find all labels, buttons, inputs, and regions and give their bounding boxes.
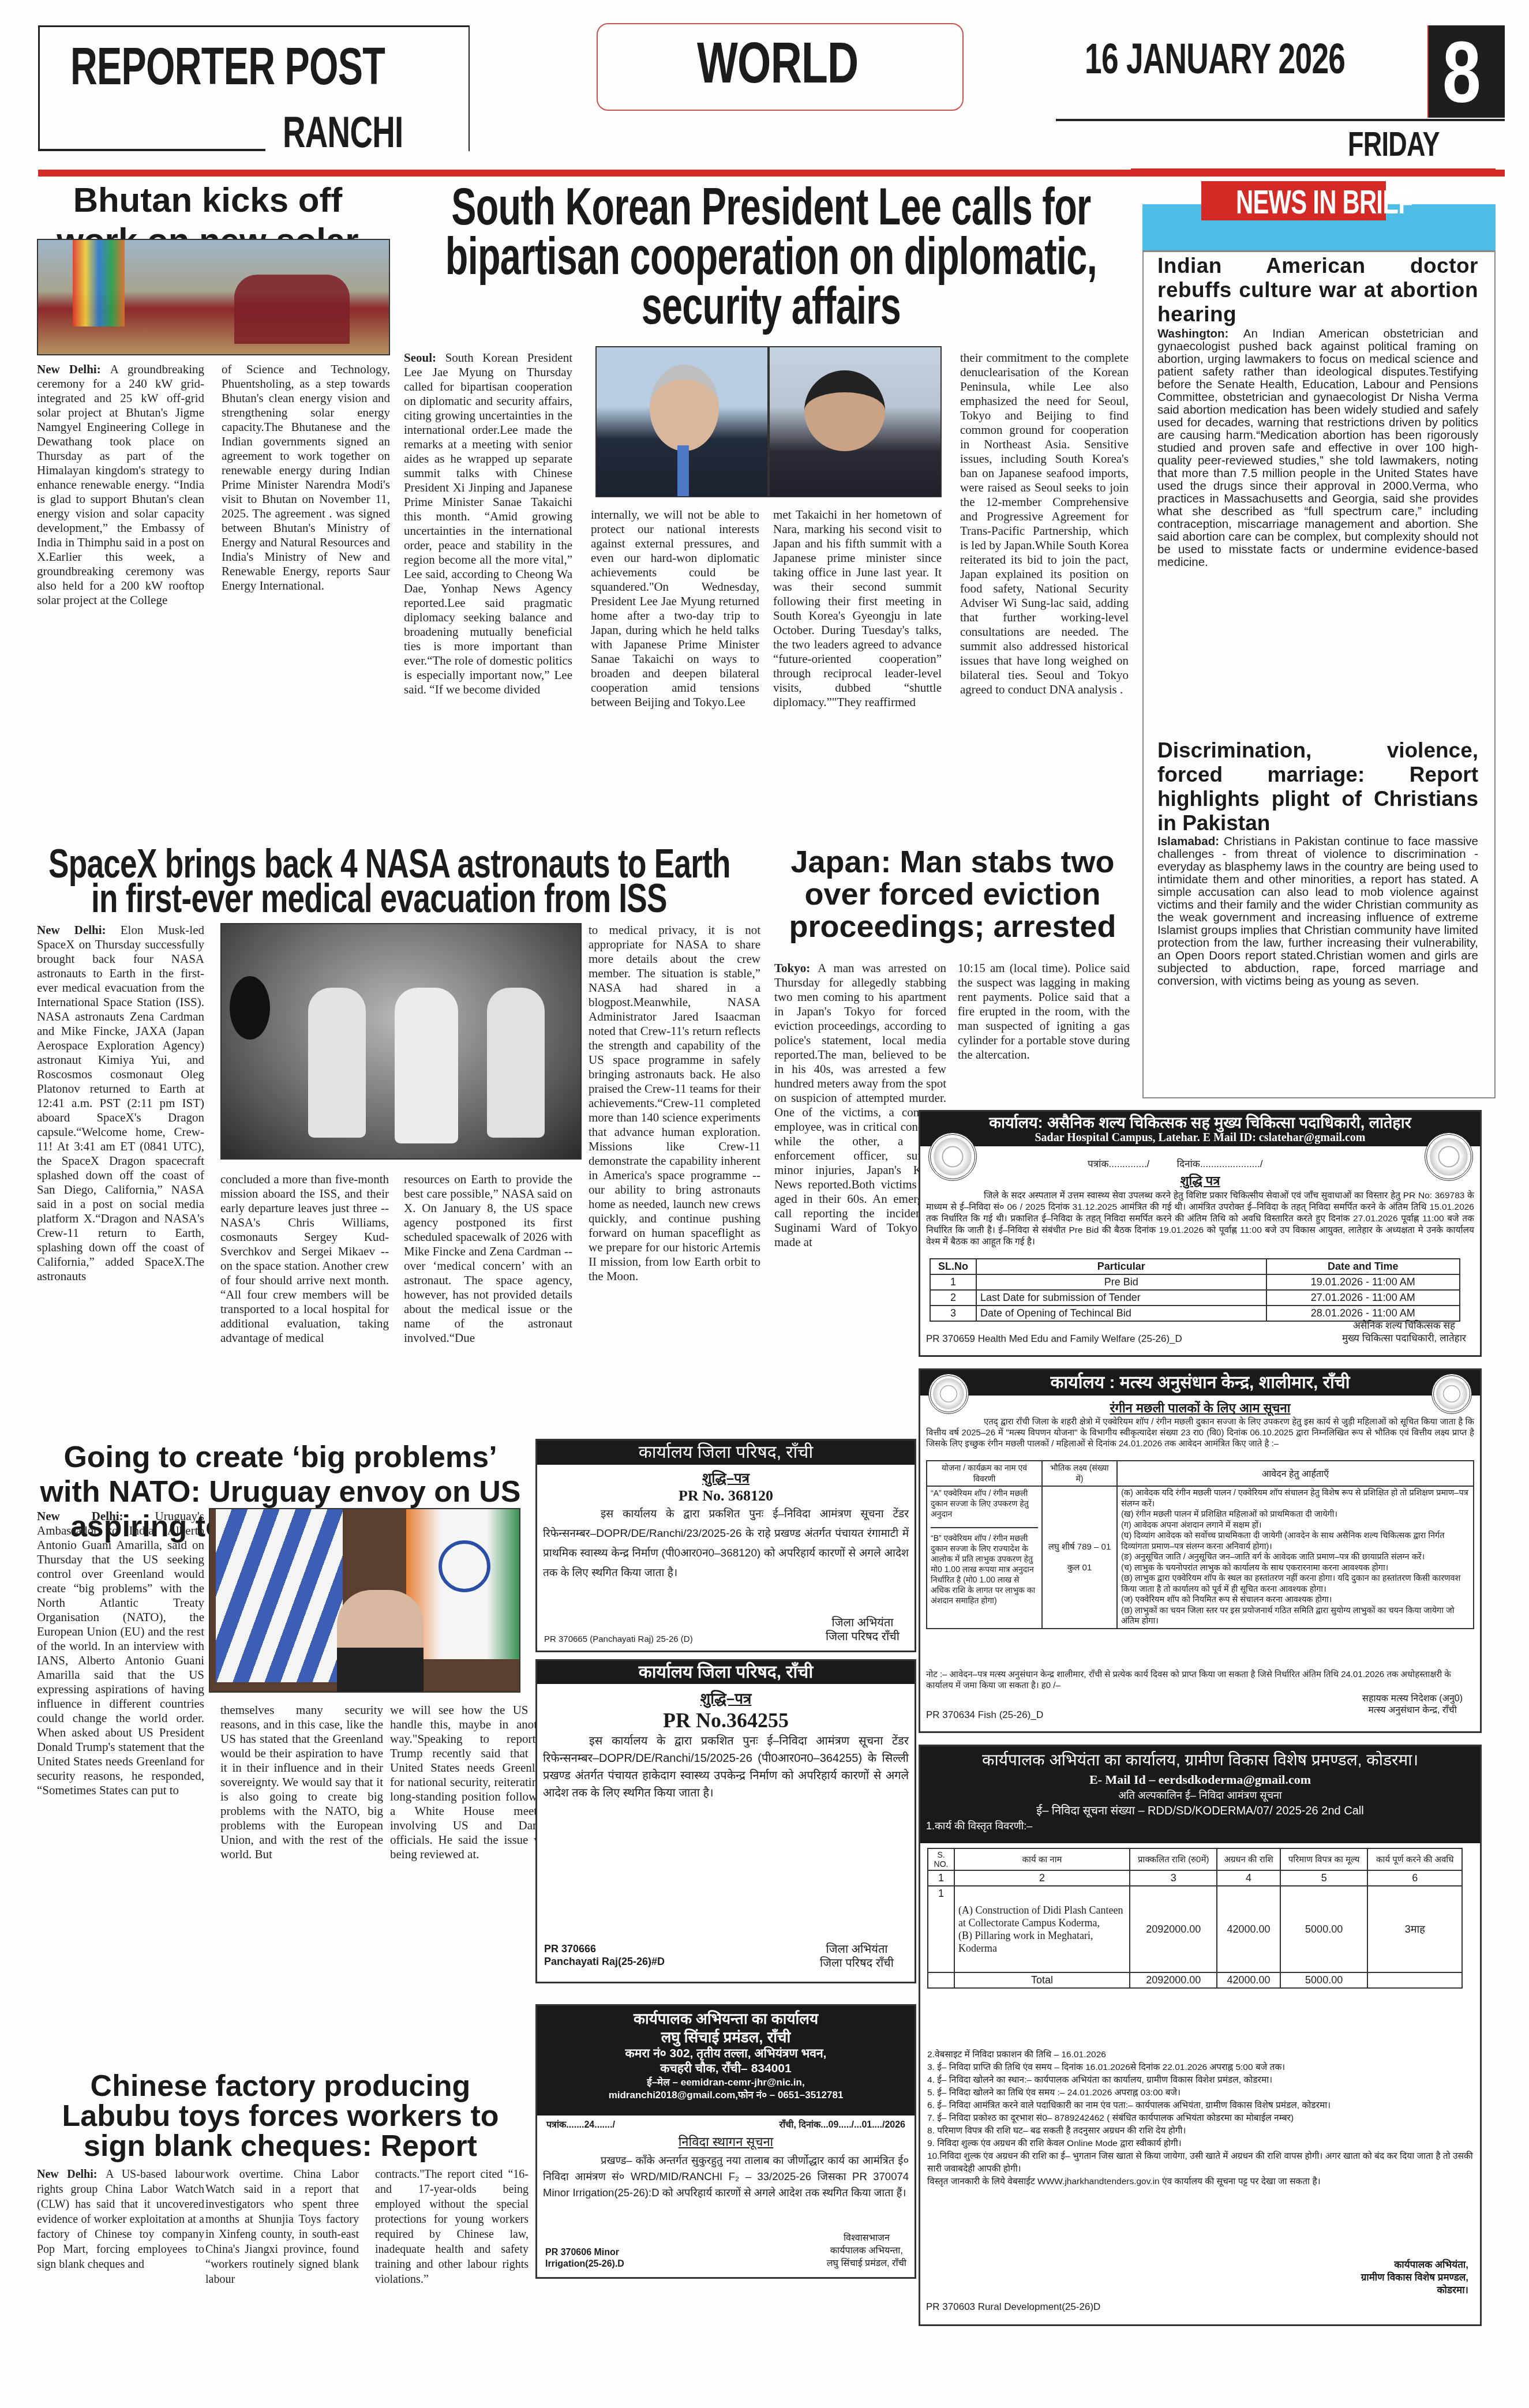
dateline: Islamabad — [1157, 835, 1215, 848]
table-header: भौतिक लक्ष्य (संख्या में) — [1042, 1461, 1117, 1486]
irrigation-notice-body: प्रखण्ड– काँके अन्तर्गत सुकुरहुतु नया ता… — [537, 2150, 915, 2203]
notice-point: 9. निविदा शुल्क एंव अग्रधन की राशि केवल … — [927, 2137, 1475, 2150]
latehar-ref-line: पत्रांक............../ दिनांक...........… — [1088, 1157, 1263, 1170]
spacex-body-col3: resources on Earth to provide the best c… — [404, 1172, 572, 1345]
koderma-tender-ad: कार्यपालक अभियंता का कार्यालय, ग्रामीण व… — [919, 1745, 1482, 2326]
notice-point: 2.वेबसाइट में निविदा प्रकाशन की तिथि – 1… — [927, 2049, 1475, 2061]
table-cell: 2 — [954, 1870, 1130, 1886]
table-cell: Pre Bid — [976, 1274, 1266, 1290]
korea-body-col1: Seoul: South Korean President Lee Jae My… — [404, 351, 572, 697]
latehar-schedule-table: SL.No Particular Date and Time 1 Pre Bid… — [930, 1258, 1460, 1322]
irrigation-address: कचहरी चौक, राँची– 834001 — [537, 2061, 915, 2076]
table-header-row: S. NO. कार्य का नाम प्राक्कलित राशि (रु0… — [928, 1848, 1462, 1870]
dateline: New Delhi — [37, 923, 102, 937]
table-cell: लघु शीर्ष 789 – 01 कुल 01 — [1042, 1486, 1117, 1629]
date-rule — [1056, 119, 1505, 121]
pr-line: PR 370606 Minor — [545, 2247, 624, 2259]
irrigation-title-2: लघु सिंचाई प्रमंडल, राँची — [537, 2028, 915, 2046]
table-cell: Date of Opening of Techincal Bid — [976, 1306, 1266, 1321]
irrigation-signatory: विश्वासभाजन कार्यपालक अभियन्ता, लघु सिंच… — [827, 2232, 906, 2270]
section-label: WORLD — [697, 31, 859, 95]
spacex-body-col1: New Delhi: Elon Musk-led SpaceX on Thurs… — [37, 923, 204, 1284]
zila-ad-1-header: कार्यालय जिला परिषद, राँची — [537, 1441, 915, 1465]
zila-ad-1-pr-code: PR 370665 (Panchayati Raj) 25-26 (D) — [544, 1634, 693, 1644]
table-header: Particular — [976, 1259, 1266, 1274]
fish-signatory: सहायक मत्स्य निदेशक (अनु0) मत्स्य अनुसंध… — [1362, 1693, 1463, 1716]
fish-ad-header: कार्यालय : मत्स्य अनुसंधान केन्द्र, शाली… — [920, 1370, 1480, 1396]
zila-ad-1-signatory: जिला अभियंता जिला परिषद राँची — [826, 1616, 900, 1644]
notice-point: 3. ई– निविदा प्राप्ति की तिथि एंव समय – … — [927, 2061, 1475, 2074]
page-number: 8 — [1442, 23, 1481, 121]
signatory-line: मुख्य चिकित्सा पदाधिकारी, लातेहार — [1342, 1332, 1466, 1345]
table-cell: 5000.00 — [1280, 1972, 1368, 1988]
fish-pr-code: PR 370634 Fish (25-26)_D — [926, 1709, 1043, 1721]
koderma-ad-email: E- Mail Id – eerdsdkoderma@gmail.com — [926, 1772, 1474, 1788]
table-header: आवेदन हेतु आर्हताएँ — [1117, 1461, 1474, 1486]
dateline: New Delhi — [37, 2168, 93, 2181]
table-header: प्राक्कलित राशि (रु0में) — [1130, 1848, 1217, 1870]
table-cell: “A” एक्वेरियम शॉप / रंगीन मछली दुकान सज्… — [927, 1486, 1042, 1629]
table-cell: 4 — [1217, 1870, 1280, 1886]
notice-point: 4. ई– निविदा खोलने का स्थान:– कार्यपालक … — [927, 2074, 1475, 2087]
zila-parishad-ad-1: कार्यालय जिला परिषद, राँची शुद्धि–पत्र P… — [535, 1439, 916, 1652]
article-text: Elon Musk-led SpaceX on Thursday success… — [37, 923, 204, 1283]
koderma-pr-code: PR 370603 Rural Development(25-26)D — [926, 2301, 1100, 2313]
work-item-b: (B) Pillaring work in Meghatari, Koderma — [958, 1929, 1126, 1955]
latehar-tender-ad: कार्यालय: असैनिक शल्य चिकित्सक सह मुख्य … — [919, 1110, 1482, 1357]
notice-point: 6. ई– निविदा आमंत्रित करने वाले पदाधिकार… — [927, 2099, 1475, 2112]
signatory-line: असैनिक शल्य चिकित्सक सह — [1342, 1319, 1466, 1332]
koderma-signatory: कार्यपालक अभियंता, ग्रामीण विकास विशेष प… — [1361, 2259, 1468, 2297]
article-text: South Korean President Lee Jae Myung on … — [404, 351, 572, 696]
table-cell: 42000.00 — [1217, 1972, 1280, 1988]
eligibility-item: (छ) लाभुकों का चयन जिला स्तर पर इस प्रयो… — [1121, 1606, 1470, 1627]
signatory-line: कोडरमा। — [1361, 2284, 1468, 2297]
brief-text: Christians in Pakistan continue to face … — [1157, 835, 1478, 988]
latehar-ad-email: Sadar Hospital Campus, Latehar. E Mail I… — [926, 1131, 1474, 1144]
eligibility-item: (क) आवेदक यदि रंगीन मछली पालन / एक्वेरिय… — [1121, 1488, 1470, 1509]
uruguay-body-col3: we will see how the US can handle this, … — [390, 1703, 553, 1862]
irrigation-email-phone: midranchi2018@gmail.com,फोन नं० – 0651–3… — [537, 2089, 915, 2102]
notice-point: 5. ई– निविदा खोलने का तिथि एंव समय :– 24… — [927, 2087, 1475, 2099]
table-header: कार्य का नाम — [954, 1848, 1130, 1870]
signatory-line: कार्यपालक अभियंता, — [1361, 2259, 1468, 2271]
signatory-line: जिला परिषद राँची — [820, 1956, 894, 1970]
notice-point: 10.निविदा शुल्क एंव अग्रधन की राशि का ई–… — [927, 2150, 1475, 2176]
table-cell: 1 — [928, 1886, 954, 1972]
masthead-underline — [38, 149, 265, 151]
minor-irrigation-ad: कार्यपालक अभियन्ता का कार्यालय लघु सिंचा… — [535, 2004, 916, 2279]
signatory-line: जिला अभियंता — [826, 1616, 900, 1630]
table-header-row: योजना / कार्यक्रम का नाम एवं विवरणी भौति… — [927, 1461, 1474, 1486]
issue-date: 16 JANUARY 2026 — [1085, 36, 1345, 82]
dateline: Tokyo — [774, 961, 806, 975]
brief-item-2-body: Islamabad: Christians in Pakistan contin… — [1157, 835, 1478, 988]
table-cell: 2 — [930, 1290, 976, 1306]
table-cell — [1367, 1972, 1462, 1988]
fish-notice-ad: कार्यालय : मत्स्य अनुसंधान केन्द्र, शाली… — [919, 1368, 1482, 1733]
signatory-line: मत्स्य अनुसंधान केन्द्र, राँची — [1362, 1705, 1463, 1716]
koderma-notice-number: ई– निविदा सूचना संख्या – RDD/SD/KODERMA/… — [926, 1803, 1474, 1819]
paper-name: REPORTER POST — [70, 38, 385, 96]
notice-point: 8. परिमाण विपत्र की राशि घट– बढ सकती है … — [927, 2125, 1475, 2137]
table-cell: 1 — [928, 1870, 954, 1886]
table-cell: 2092000.00 — [1130, 1972, 1217, 1988]
eligibility-item: (ङ) अनुसूचित जाति / अनुसूचित जन–जाति वर्… — [1121, 1552, 1470, 1563]
dateline: New Delhi — [37, 1509, 119, 1523]
brief-label: NEWS IN BRIEF — [1236, 186, 1412, 219]
table-cell: Last Date for submission of Tender — [976, 1290, 1266, 1306]
zila-ad-1-notice-title: शुद्धि–पत्र — [537, 1468, 915, 1487]
eligibility-item: (च) लाभुक के चयनोपरांत लाभुक को कार्यालय… — [1121, 1563, 1470, 1574]
brief-item-1-body: Washington: An Indian American obstetric… — [1157, 328, 1478, 569]
irrigation-email: ई–मेल – eemidran-cemr-jhr@nic.in, — [537, 2076, 915, 2089]
table-cell: (क) आवेदक यदि रंगीन मछली पालन / एक्वेरिय… — [1117, 1486, 1474, 1629]
table-cell: 19.01.2026 - 11:00 AM — [1266, 1274, 1460, 1290]
bhutan-body-col1: New Delhi: A groundbreaking ceremony for… — [37, 362, 204, 607]
website-link[interactable]: विस्तृत जानकारी के लिये वेबसाईट WWW.jhar… — [927, 2176, 1446, 2188]
brief-text: An Indian American obstetrician and gyna… — [1157, 327, 1478, 569]
irrigation-address: कमरा नं० 302, तृतीय तल्ला, अभियंत्रण भवन… — [537, 2046, 915, 2061]
article-text: Uruguay's Ambassador to India, Alberto A… — [37, 1509, 204, 1797]
zila-ad-1-pr-number: PR No. 368120 — [537, 1487, 915, 1505]
koderma-ad-subtitle: अति अल्पकालिन ई– निविदा आमंत्रण सूचना — [926, 1788, 1474, 1803]
table-row: 1 2 3 4 5 6 — [928, 1870, 1462, 1886]
signatory-line: विश्वासभाजन — [827, 2232, 906, 2245]
latehar-pr-code: PR 370659 Health Med Edu and Family Welf… — [926, 1333, 1182, 1345]
table-cell: 42000.00 — [1217, 1886, 1280, 1972]
table-header: अग्रधन की राशि — [1217, 1848, 1280, 1870]
pr-line: PR 370666 — [544, 1942, 665, 1955]
spacex-body-col2: concluded a more than five-month mission… — [220, 1172, 389, 1345]
spacex-headline-line2: in first-ever medical evacuation from IS… — [91, 880, 667, 916]
table-header: कार्य पूर्ण करने की अवधि — [1367, 1848, 1462, 1870]
bhutan-photo — [37, 239, 390, 355]
letter-number: पत्रांक.......24......./ — [546, 2118, 615, 2131]
table-row: 1 (A) Construction of Didi Plash Canteen… — [928, 1886, 1462, 1972]
zila-ad-1-body: इस कार्यालय के द्वारा प्रकशित पुनः ई–निव… — [537, 1505, 915, 1583]
koderma-ad-header: कार्यपालक अभियंता का कार्यालय, ग्रामीण व… — [920, 1746, 1480, 1843]
latehar-signatory: असैनिक शल्य चिकित्सक सह मुख्य चिकित्सा प… — [1342, 1319, 1466, 1345]
latehar-ad-title: कार्यालय: असैनिक शल्य चिकित्सक सह मुख्य … — [926, 1114, 1474, 1131]
signatory-line: लघु सिंचाई प्रमंडल, राँची — [827, 2257, 906, 2270]
zila-ad-2-pr-code: PR 370666 Panchayati Raj(25-26)#D — [544, 1942, 665, 1968]
fish-notice-title: रंगीन मछली पालकों के लिए आम सूचना — [920, 1399, 1480, 1416]
fish-scheme-table: योजना / कार्यक्रम का नाम एवं विवरणी भौति… — [926, 1460, 1474, 1629]
koderma-work-table: S. NO. कार्य का नाम प्राक्कलित राशि (रु0… — [927, 1848, 1463, 1989]
korea-body-col4: their commitment to the complete denucle… — [960, 351, 1129, 697]
table-cell: 3 — [930, 1306, 976, 1321]
spacex-body-col4: to medical privacy, it is not appropriat… — [589, 923, 760, 1284]
table-cell: 6 — [1367, 1870, 1462, 1886]
scheme-b: “B” एक्वेरियम शॉप / रंगीन मछली दुकान सज्… — [931, 1533, 1038, 1606]
scheme-a: “A” एक्वेरियम शॉप / रंगीन मछली दुकान सज्… — [931, 1488, 1038, 1528]
fish-notice-body: एतद् द्वारा राँची जिला के शहरी क्षेत्रो … — [926, 1416, 1474, 1449]
brief-item-1-headline: Indian American doctor rebuffs culture w… — [1157, 254, 1478, 327]
table-cell: 3 — [1130, 1870, 1217, 1886]
signatory-line: जिला परिषद राँची — [826, 1630, 900, 1644]
bhutan-body-col2: of Science and Technology, Phuentsholing… — [222, 362, 390, 593]
koderma-section-title: 1.कार्य की विस्तृत विवरणी:– — [926, 1819, 1474, 1833]
pr-line: Panchayati Raj(25-26)#D — [544, 1955, 665, 1968]
table-cell: 3माह — [1367, 1886, 1462, 1972]
eligibility-item: (घ) दिव्यांग आवेदक को सर्वोच्च प्राथमिकत… — [1121, 1531, 1470, 1552]
table-header: परिमाण विपत्र का मूल्य — [1280, 1848, 1368, 1870]
irrigation-pr-code: PR 370606 Minor Irrigation(25-26).D — [545, 2247, 624, 2270]
signatory-line: सहायक मत्स्य निदेशक (अनु0) — [1362, 1693, 1463, 1705]
fish-note: नोट :– आवेदन–पत्र मत्स्य अनुसंधान केन्द्… — [926, 1669, 1474, 1691]
table-row: “A” एक्वेरियम शॉप / रंगीन मछली दुकान सज्… — [927, 1486, 1474, 1629]
table-cell: 1 — [930, 1274, 976, 1290]
pr-line: Irrigation(25-26).D — [545, 2259, 624, 2270]
dateline: New Delhi — [37, 362, 97, 376]
table-header-row: SL.No Particular Date and Time — [930, 1259, 1460, 1274]
table-header: Date and Time — [1266, 1259, 1460, 1274]
latehar-ad-header: कार्यालय: असैनिक शल्य चिकित्सक सह मुख्य … — [920, 1112, 1480, 1146]
korea-body-col3: met Takaichi in her hometown of Nara, ma… — [773, 508, 942, 710]
table-header: S. NO. — [928, 1848, 954, 1870]
uruguay-body-col2: themselves many security reasons, and in… — [220, 1703, 383, 1862]
target: लघु शीर्ष 789 – 01 — [1046, 1541, 1113, 1552]
labubu-body-col3: contracts."The report cited “16- and 17-… — [375, 2167, 529, 2287]
table-cell: 27.01.2026 - 11:00 AM — [1266, 1290, 1460, 1306]
zila-ad-2-header: कार्यालय जिला परिषद, राँची — [537, 1661, 915, 1684]
korea-photo-lee — [595, 346, 769, 497]
zila-ad-2-pr-number: PR No.364255 — [537, 1708, 915, 1732]
uruguay-photo — [209, 1508, 520, 1693]
labubu-body-col1: New Delhi: A US-based labour rights grou… — [37, 2167, 204, 2272]
city-name: RANCHI — [283, 110, 403, 156]
eligibility-item: (ज) एक्वेरियम शॉप को नियमित रूप से संचाल… — [1121, 1595, 1470, 1606]
koderma-points: 2.वेबसाइट में निविदा प्रकाशन की तिथि – 1… — [927, 2049, 1475, 2188]
brief-red-rule — [1131, 168, 1496, 175]
uruguay-body-col1: New Delhi: Uruguay's Ambassador to India… — [37, 1509, 204, 1798]
table-header: योजना / कार्यक्रम का नाम एवं विवरणी — [927, 1461, 1042, 1486]
irrigation-title-1: कार्यपालक अभियन्ता का कार्यालय — [537, 2009, 915, 2028]
issue-day: FRIDAY — [1348, 127, 1440, 162]
latehar-notice-body: जिले के सदर अस्पताल में उत्तम स्वास्थ्य … — [926, 1190, 1474, 1248]
koderma-ad-title: कार्यपालक अभियंता का कार्यालय, ग्रामीण व… — [926, 1749, 1474, 1772]
eligibility-item: (छ) लाभुक द्वारा एक्वेरियम शॉप के स्थल क… — [1121, 1573, 1470, 1595]
latehar-notice-title: शुद्धि पत्र — [920, 1172, 1480, 1189]
table-cell — [928, 1972, 954, 1988]
work-item-a: (A) Construction of Didi Plash Canteen a… — [958, 1904, 1126, 1929]
irrigation-ref-line: पत्रांक.......24......./ राँची, दिनांक..… — [537, 2116, 915, 2133]
zila-ad-2-body: इस कार्यालय के द्वारा प्रकशित पुनः ई–निव… — [537, 1732, 915, 1802]
zila-ad-2-notice-title: शुद्धि–पत्र — [537, 1687, 915, 1708]
signatory-line: कार्यपालक अभियन्ता, — [827, 2245, 906, 2257]
eligibility-item: (ख) रंगीन मछली पालन में प्रशिक्षित महिला… — [1121, 1509, 1470, 1520]
table-header: SL.No — [930, 1259, 976, 1274]
spacex-photo — [220, 923, 582, 1160]
japan-body-col2: 10:15 am (local time). Police said the s… — [958, 961, 1130, 1062]
irrigation-ad-header: कार्यपालक अभियन्ता का कार्यालय लघु सिंचा… — [537, 2006, 915, 2116]
table-cell: Total — [954, 1972, 1130, 1988]
signatory-line: जिला अभियंता — [820, 1942, 894, 1956]
japan-headline: Japan: Man stabs two over forced evictio… — [774, 846, 1131, 943]
labubu-headline: Chinese factory producing Labubu toys fo… — [32, 2071, 529, 2161]
table-row: 2 Last Date for submission of Tender 27.… — [930, 1290, 1460, 1306]
target-total: कुल 01 — [1046, 1562, 1113, 1573]
table-cell: 5 — [1280, 1870, 1368, 1886]
signatory-line: ग्रामीण विकास विशेष प्रमण्डल, — [1361, 2271, 1468, 2284]
table-cell: 2092000.00 — [1130, 1886, 1217, 1972]
dateline: Seoul — [404, 351, 432, 365]
table-row: 3 Date of Opening of Techincal Bid 28.01… — [930, 1306, 1460, 1321]
zila-parishad-ad-2: कार्यालय जिला परिषद, राँची शुद्धि–पत्र P… — [535, 1659, 916, 1983]
eligibility-item: (ग) आवेदक अपना अंशदान लगाने में सक्षम हो… — [1121, 1520, 1470, 1531]
labubu-body-col2: work overtime. China Labor Watch said in… — [205, 2167, 359, 2287]
letter-date: राँची, दिनांक...09...../...01..../2026 — [779, 2118, 905, 2131]
korea-photo-speaker — [769, 346, 942, 497]
zila-ad-2-signatory: जिला अभियंता जिला परिषद राँची — [820, 1942, 894, 1970]
table-cell: (A) Construction of Didi Plash Canteen a… — [954, 1886, 1130, 1972]
table-cell: 5000.00 — [1280, 1886, 1368, 1972]
table-row: 1 Pre Bid 19.01.2026 - 11:00 AM — [930, 1274, 1460, 1290]
korea-body-col2: internally, we will not be able to prote… — [591, 508, 759, 710]
notice-point: 7. ई– निविदा प्रकोश्ठ का दूरभाश सं0– 878… — [927, 2112, 1475, 2125]
korea-headline: South Korean President Lee calls for bip… — [410, 182, 1133, 331]
dateline: Washington — [1157, 327, 1225, 340]
brief-item-2-headline: Discrimination, violence, forced marriag… — [1157, 738, 1478, 835]
article-text: A groundbreaking ceremony for a 240 kW g… — [37, 362, 204, 607]
table-cell: 28.01.2026 - 11:00 AM — [1266, 1306, 1460, 1321]
article-text: A US-based labour rights group China Lab… — [37, 2168, 204, 2271]
irrigation-notice-title: निविदा स्थागन सूचना — [537, 2133, 915, 2150]
table-total-row: Total 2092000.00 42000.00 5000.00 — [928, 1972, 1462, 1988]
